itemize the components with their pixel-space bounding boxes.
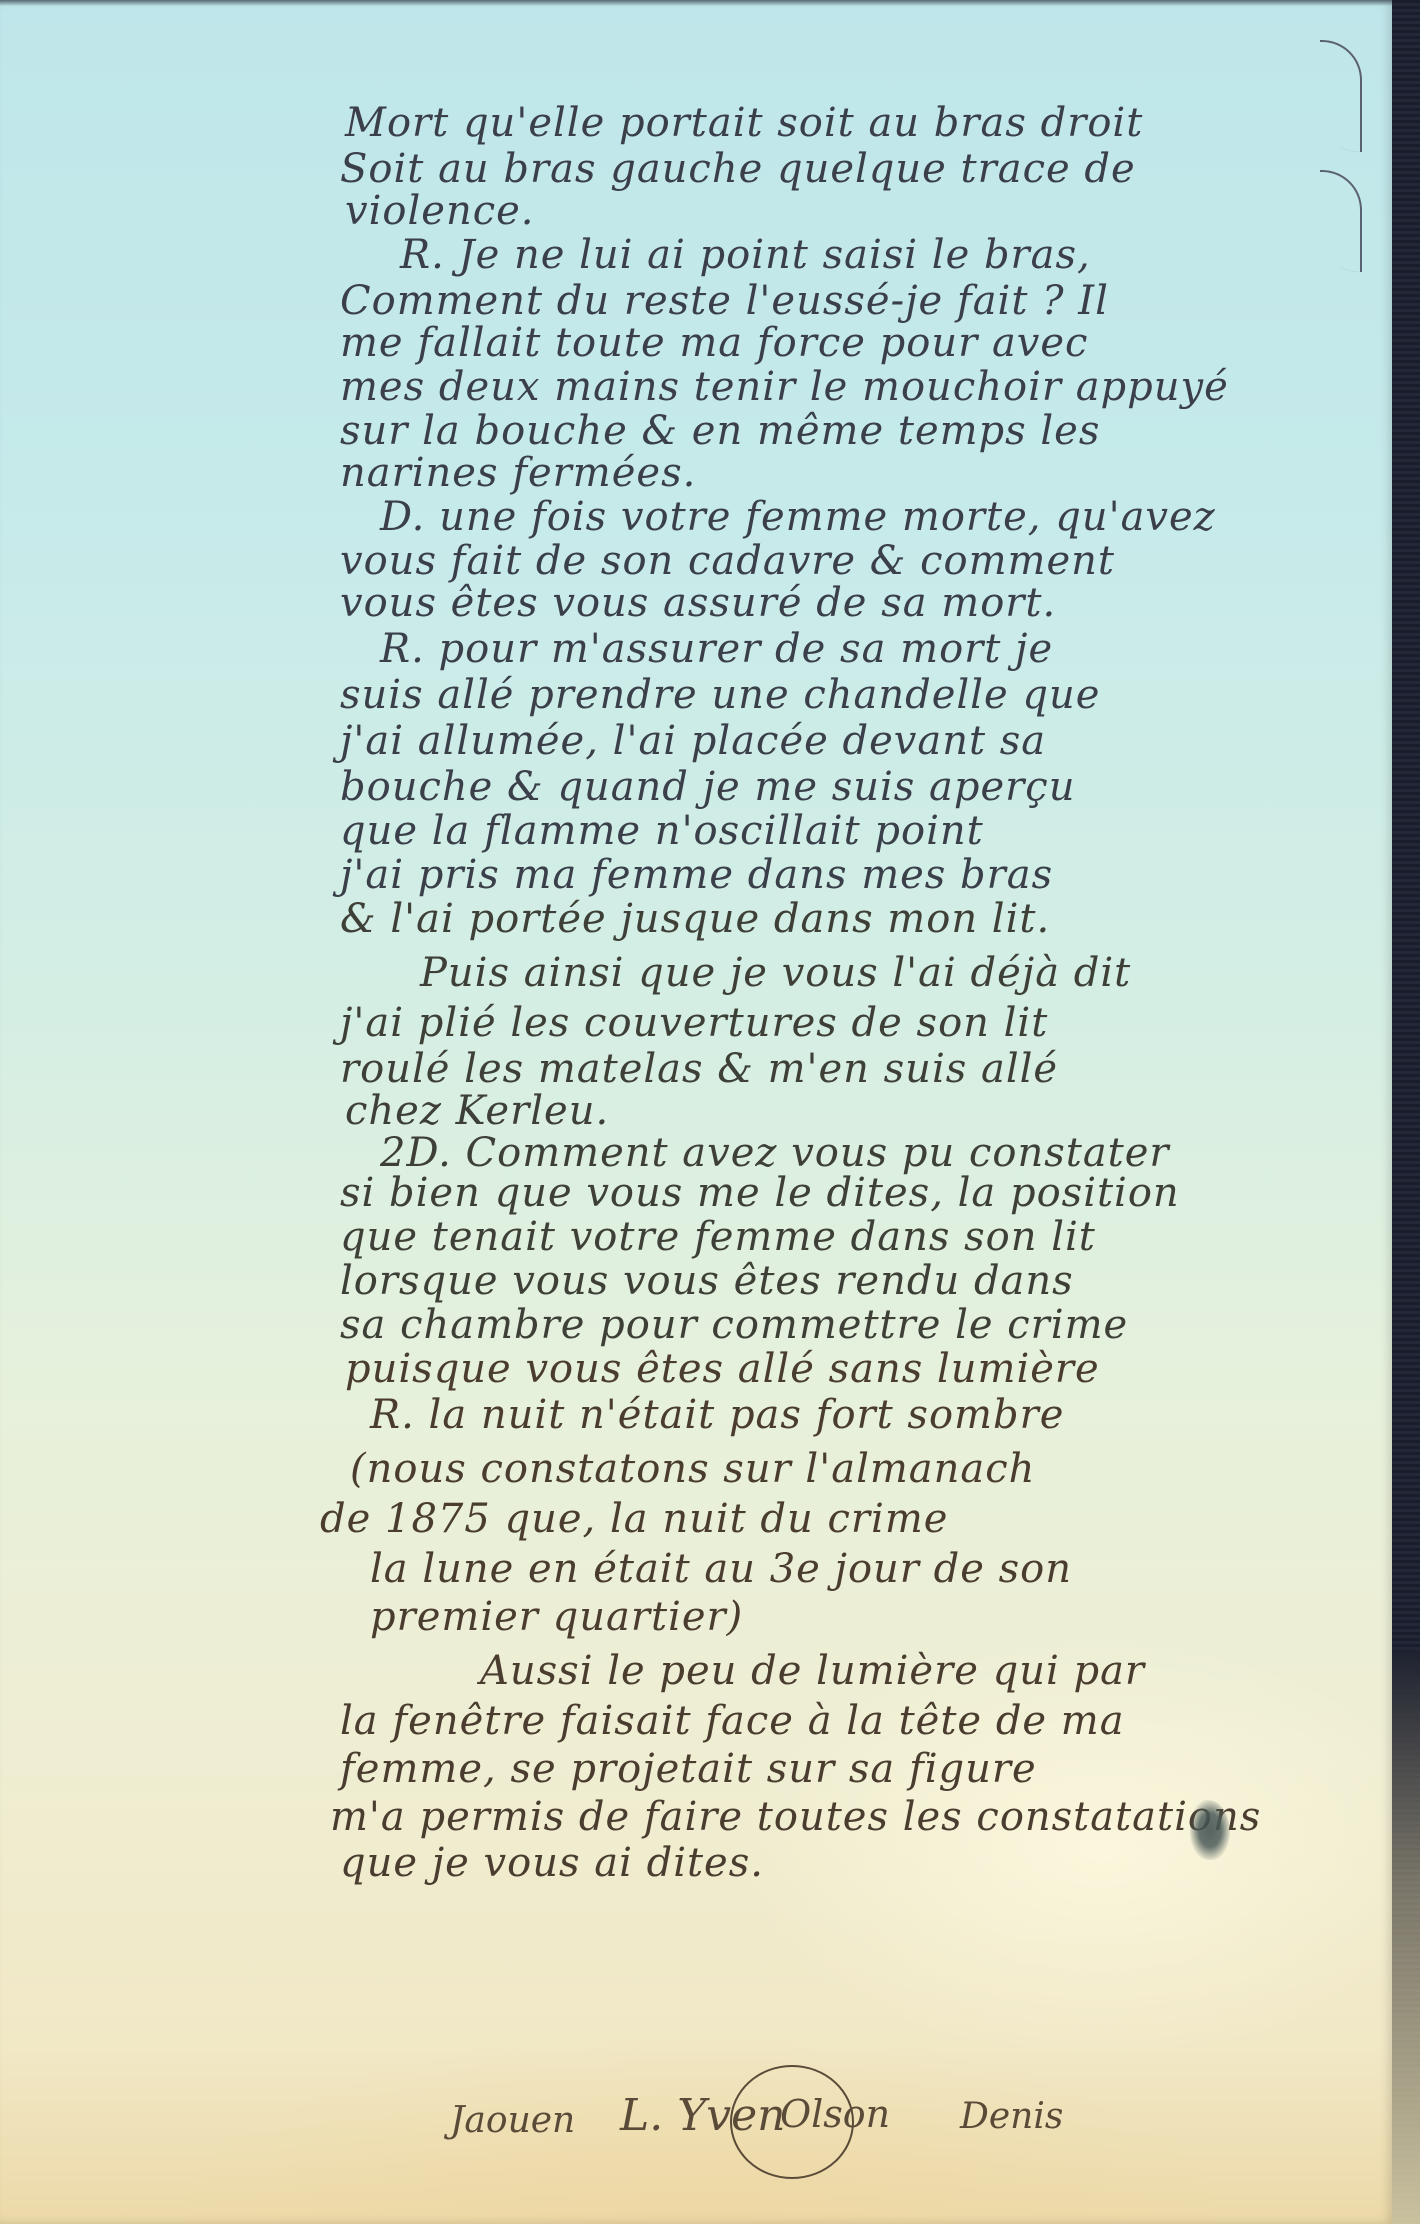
answer-line: R. Je ne lui ai point saisi le bras, [400,232,1091,278]
text-line: femme, se projetait sur sa figure [340,1746,1037,1792]
answer-line: R. pour m'assurer de sa mort je [380,626,1053,672]
text-line: de 1875 que, la nuit du crime [320,1496,948,1542]
text-line: suis allé prendre une chandelle que [340,672,1100,718]
margin-flourish [1320,40,1362,152]
text-line: Puis ainsi que je vous l'ai déjà dit [420,950,1131,996]
signature: Jaouen [450,2100,575,2141]
text-line: que je vous ai dites. [340,1840,764,1886]
text-line: narines fermées. [340,450,696,496]
text-line: j'ai plié les couvertures de son lit [340,1000,1048,1046]
text-line: la fenêtre faisait face à la tête de ma [340,1698,1125,1744]
text-line: que la flamme n'oscillait point [340,808,984,854]
margin-flourish [1320,170,1362,272]
signature-block: Jaouen L. Yven Olson Denis [440,2060,1220,2190]
text-line: Soit au bras gauche quelque trace de [340,146,1136,192]
question-line: D. une fois votre femme morte, qu'avez [380,494,1216,540]
text-line: j'ai allumée, l'ai placée devant sa [340,718,1046,764]
text-line: violence. [345,188,535,234]
text-line: lorsque vous vous êtes rendu dans [340,1258,1074,1304]
book-binding-edge-lower [1392,1650,1420,2224]
text-line: que tenait votre femme dans son lit [340,1214,1096,1260]
text-line: & l'ai portée jusque dans mon lit. [340,896,1050,942]
text-line: j'ai pris ma femme dans mes bras [340,852,1053,898]
text-line: premier quartier) [370,1594,743,1640]
text-line: mes deux mains tenir le mouchoir appuyé [340,364,1229,410]
text-line: chez Kerleu. [345,1088,609,1134]
text-line: m'a permis de faire toutes les constatat… [330,1794,1261,1840]
text-line: si bien que vous me le dites, la positio… [340,1170,1180,1216]
text-line: la lune en était au 3e jour de son [370,1546,1072,1592]
text-line: puisque vous êtes allé sans lumière [345,1346,1100,1392]
text-line: Mort qu'elle portait soit au bras droit [345,100,1143,146]
text-line: me fallait toute ma force pour avec [340,320,1088,366]
text-line: Comment du reste l'eussé-je fait ? Il [340,278,1109,324]
text-line: vous êtes vous assuré de sa mort. [340,580,1056,626]
text-line: sur la bouche & en même temps les [340,408,1100,454]
text-line: (nous constatons sur l'almanach [350,1446,1035,1492]
text-line: roulé les matelas & m'en suis allé [340,1046,1058,1092]
manuscript-page: Mort qu'elle portait soit au bras droit … [0,0,1395,2224]
answer-line: R. la nuit n'était pas fort sombre [370,1392,1064,1438]
signature: Denis [960,2096,1063,2137]
text-line: vous fait de son cadavre & comment [340,538,1115,584]
signature-flourish [730,2065,854,2179]
text-line: sa chambre pour commettre le crime [340,1302,1128,1348]
text-line: bouche & quand je me suis aperçu [340,764,1075,810]
text-line: Aussi le peu de lumière qui par [480,1648,1145,1694]
